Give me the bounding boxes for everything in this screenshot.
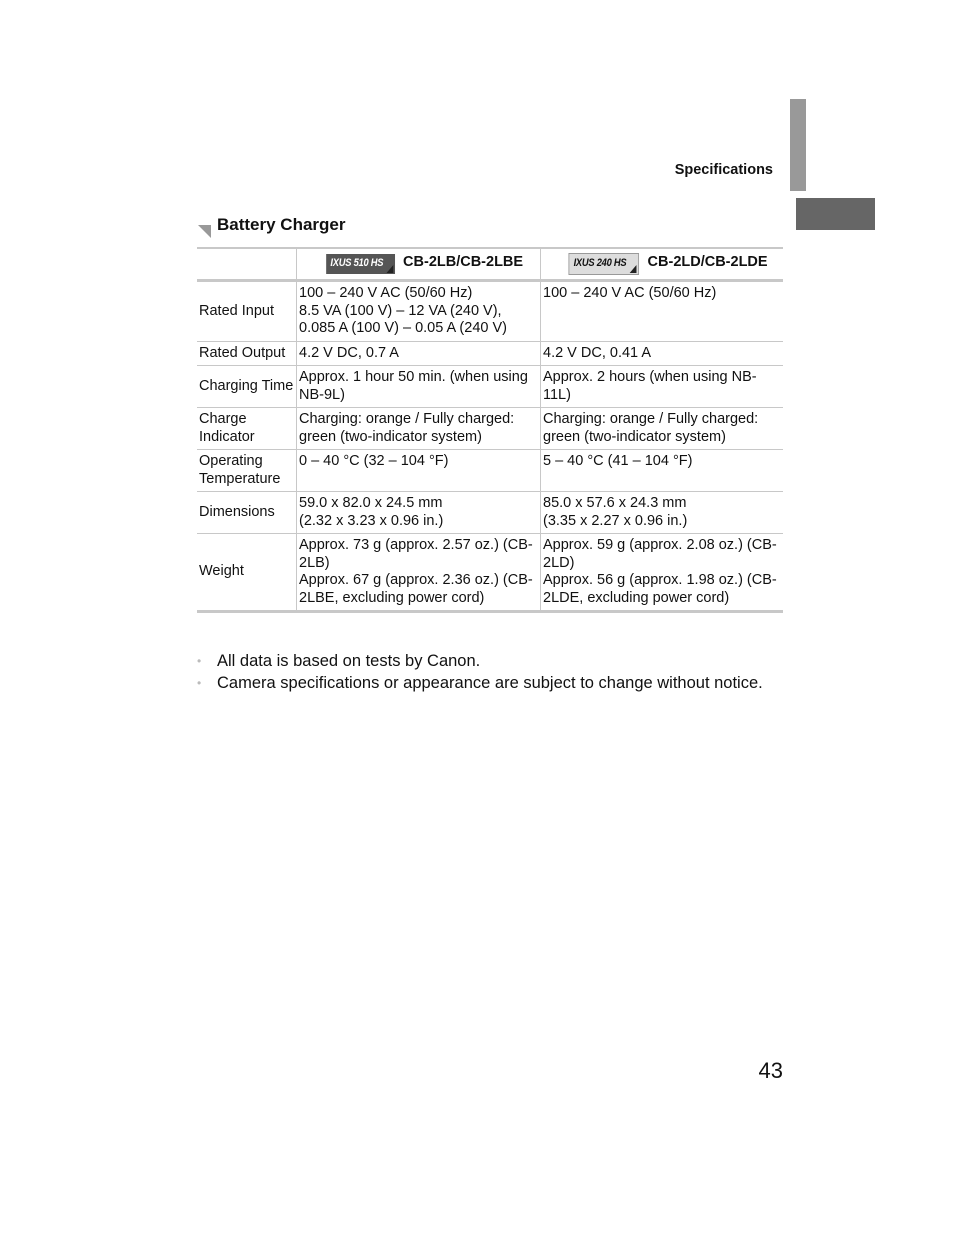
table-cell: 5 – 40 °C (41 – 104 °F) [541,450,784,492]
note-text: All data is based on tests by Canon. [217,652,480,671]
cell-line: 59.0 x 82.0 x 24.5 mm [299,495,538,513]
row-label: Operating Temperature [197,450,297,492]
battery-charger-spec-table: IXUS 510 HSCB-2LB/CB-2LBEIXUS 240 HSCB-2… [197,247,783,613]
cell-line: 8.5 VA (100 V) – 12 VA (240 V), [299,303,538,321]
table-cell: Approx. 2 hours (when using NB-11L) [541,366,784,408]
table-row: Dimensions59.0 x 82.0 x 24.5 mm(2.32 x 3… [197,492,783,534]
cell-line: Approx. 73 g (approx. 2.57 oz.) (CB-2LB) [299,537,538,572]
chapter-tab-marker [790,99,806,191]
note-item: •Camera specifications or appearance are… [197,672,763,694]
cell-line: Approx. 67 g (approx. 2.36 oz.) (CB-2LBE… [299,572,538,607]
table-cell: Charging: orange / Fully charged: green … [541,408,784,450]
table-cell: 85.0 x 57.6 x 24.3 mm(3.35 x 2.27 x 0.96… [541,492,784,534]
cell-line: 0 – 40 °C (32 – 104 °F) [299,453,538,471]
cell-line: 4.2 V DC, 0.7 A [299,345,538,363]
column-header-1: IXUS 510 HSCB-2LB/CB-2LBE [297,248,541,281]
model-badge-icon: IXUS 240 HS [569,253,640,275]
table-header-row: IXUS 510 HSCB-2LB/CB-2LBEIXUS 240 HSCB-2… [197,248,783,281]
cell-line: 5 – 40 °C (41 – 104 °F) [543,453,781,471]
table-cell: 59.0 x 82.0 x 24.5 mm(2.32 x 3.23 x 0.96… [297,492,541,534]
section-title: Battery Charger [217,215,346,235]
table-cell: 100 – 240 V AC (50/60 Hz)8.5 VA (100 V) … [297,281,541,342]
table-cell: Charging: orange / Fully charged: green … [297,408,541,450]
table-row: Charging TimeApprox. 1 hour 50 min. (whe… [197,366,783,408]
table-cell: Approx. 73 g (approx. 2.57 oz.) (CB-2LB)… [297,534,541,612]
cell-line: 4.2 V DC, 0.41 A [543,345,781,363]
chapter-tab-block [796,198,875,230]
column-header-2: IXUS 240 HSCB-2LD/CB-2LDE [541,248,784,281]
cell-line: Charging: orange / Fully charged: green … [299,411,538,446]
cell-line: 100 – 240 V AC (50/60 Hz) [299,285,538,303]
bullet-icon: • [197,654,217,668]
cell-line: 85.0 x 57.6 x 24.3 mm [543,495,781,513]
cell-line: Approx. 1 hour 50 min. (when using NB-9L… [299,369,538,404]
table-cell: 100 – 240 V AC (50/60 Hz) [541,281,784,342]
table-row: Charge IndicatorCharging: orange / Fully… [197,408,783,450]
row-label: Dimensions [197,492,297,534]
table-cell: 4.2 V DC, 0.7 A [297,341,541,366]
row-label: Rated Output [197,341,297,366]
cell-line: (2.32 x 3.23 x 0.96 in.) [299,513,538,531]
cell-line: 100 – 240 V AC (50/60 Hz) [543,285,781,303]
cell-line: Approx. 59 g (approx. 2.08 oz.) (CB-2LD) [543,537,781,572]
row-label: Weight [197,534,297,612]
table-cell: Approx. 1 hour 50 min. (when using NB-9L… [297,366,541,408]
badge-fold-icon [387,265,394,273]
section-heading: Battery Charger [198,215,346,235]
section-triangle-icon [198,225,211,238]
table-cell: 0 – 40 °C (32 – 104 °F) [297,450,541,492]
table-row: Operating Temperature0 – 40 °C (32 – 104… [197,450,783,492]
cell-line: 0.085 A (100 V) – 0.05 A (240 V) [299,320,538,338]
note-item: •All data is based on tests by Canon. [197,650,763,672]
model-badge-icon: IXUS 510 HS [326,254,395,274]
column-header-label: CB-2LB/CB-2LBE [403,254,523,270]
row-label: Charging Time [197,366,297,408]
cell-line: Approx. 56 g (approx. 1.98 oz.) (CB-2LDE… [543,572,781,607]
note-text: Camera specifications or appearance are … [217,674,763,693]
column-header-label: CB-2LD/CB-2LDE [648,254,768,270]
notes-list: •All data is based on tests by Canon.•Ca… [197,650,763,694]
badge-fold-icon [630,265,637,273]
cell-line: Charging: orange / Fully charged: green … [543,411,781,446]
bullet-icon: • [197,676,217,690]
table-row: Rated Input100 – 240 V AC (50/60 Hz)8.5 … [197,281,783,342]
page-number: 43 [740,1058,783,1084]
table-cell: 4.2 V DC, 0.41 A [541,341,784,366]
row-label: Rated Input [197,281,297,342]
cell-line: (3.35 x 2.27 x 0.96 in.) [543,513,781,531]
table-row: Rated Output4.2 V DC, 0.7 A4.2 V DC, 0.4… [197,341,783,366]
table-cell: Approx. 59 g (approx. 2.08 oz.) (CB-2LD)… [541,534,784,612]
page-header-title: Specifications [600,162,773,178]
table-row: WeightApprox. 73 g (approx. 2.57 oz.) (C… [197,534,783,612]
header-empty-cell [197,248,297,281]
cell-line: Approx. 2 hours (when using NB-11L) [543,369,781,404]
row-label: Charge Indicator [197,408,297,450]
